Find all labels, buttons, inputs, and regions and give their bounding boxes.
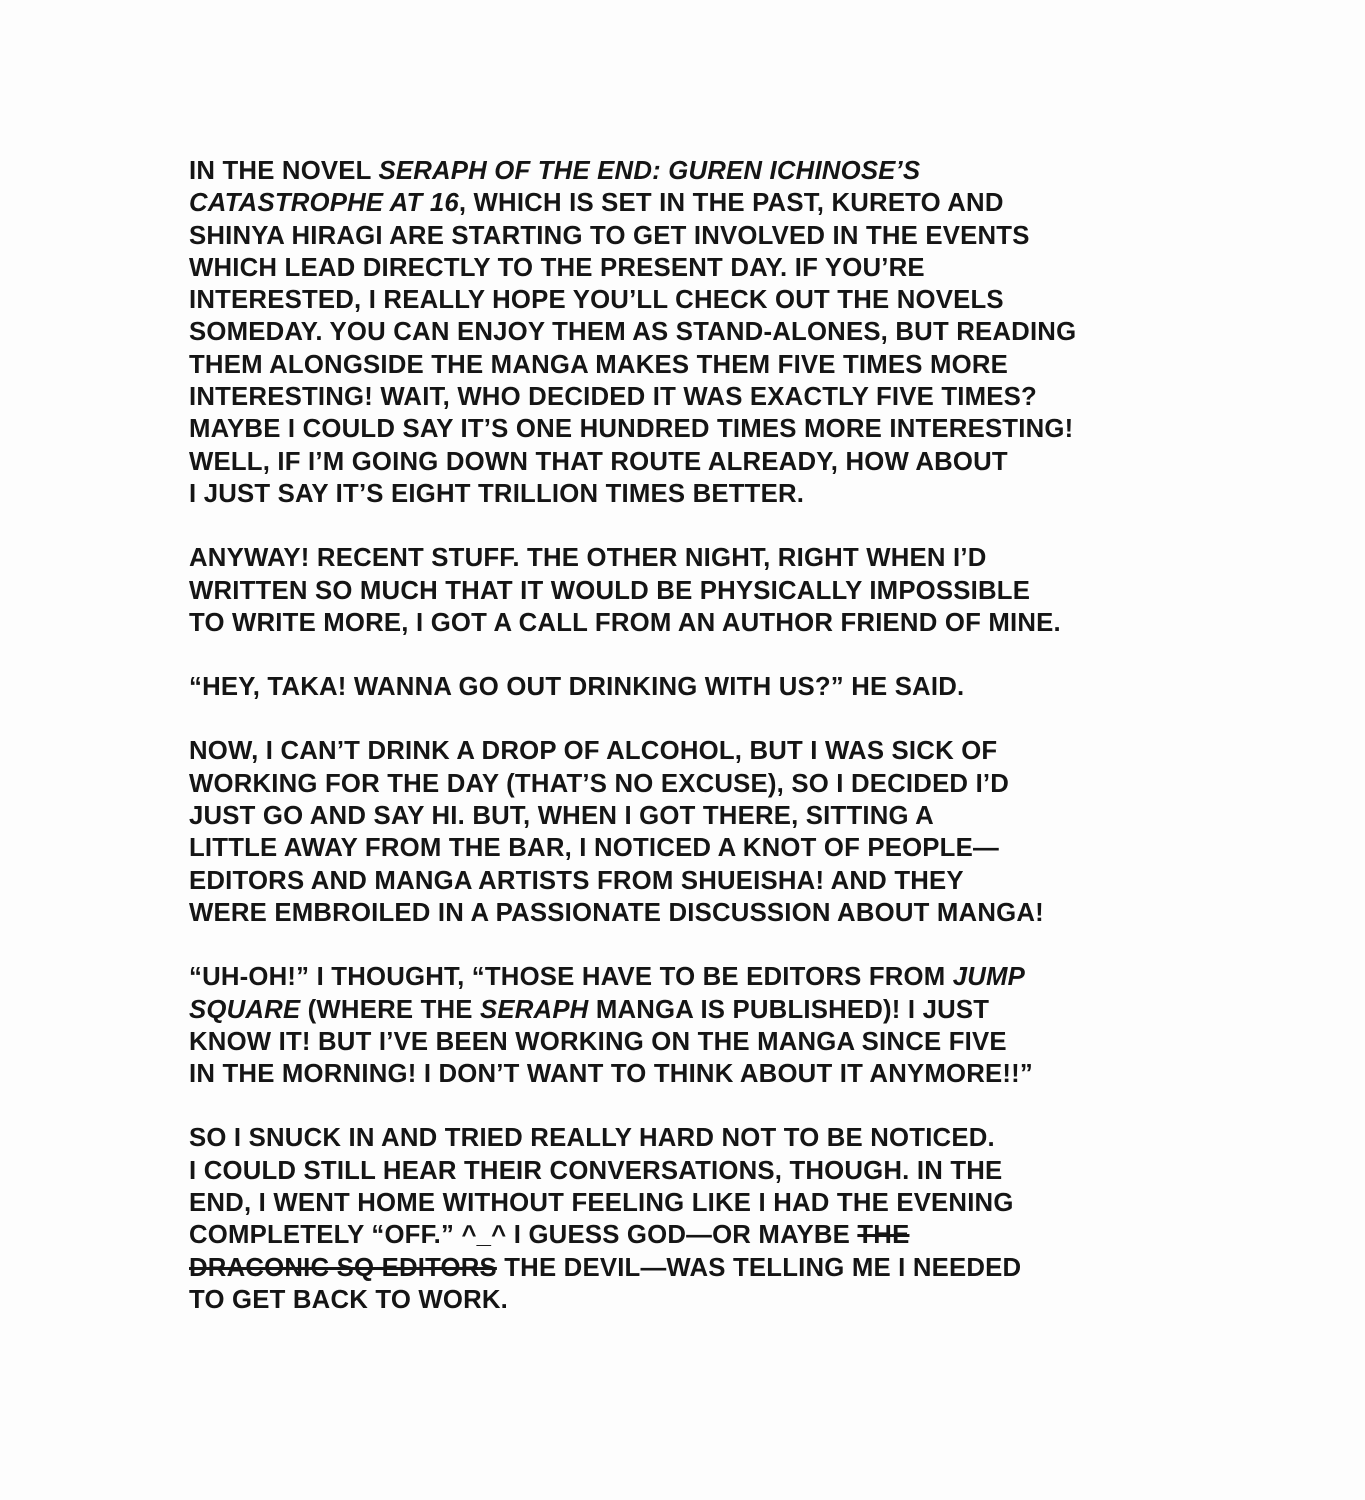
text-line: I JUST SAY IT’S EIGHT TRILLION TIMES BET… xyxy=(189,477,1253,509)
text-line: WRITTEN SO MUCH THAT IT WOULD BE PHYSICA… xyxy=(189,574,1253,606)
text-line: DRACONIC SQ EDITORS THE DEVIL—WAS TELLIN… xyxy=(189,1251,1253,1283)
text-segment: MAYBE I COULD SAY IT’S ONE HUNDRED TIMES… xyxy=(189,413,1073,443)
text-line: WELL, IF I’M GOING DOWN THAT ROUTE ALREA… xyxy=(189,445,1253,477)
text-line: MAYBE I COULD SAY IT’S ONE HUNDRED TIMES… xyxy=(189,412,1253,444)
paragraph: IN THE NOVEL SERAPH OF THE END: GUREN IC… xyxy=(189,154,1253,509)
text-line: SHINYA HIRAGI ARE STARTING TO GET INVOLV… xyxy=(189,219,1253,251)
text-line: COMPLETELY “OFF.” ^_^ I GUESS GOD—OR MAY… xyxy=(189,1218,1253,1250)
text-line: SOMEDAY. YOU CAN ENJOY THEM AS STAND-ALO… xyxy=(189,315,1253,347)
text-line: WERE EMBROILED IN A PASSIONATE DISCUSSIO… xyxy=(189,896,1253,928)
text-segment-strike: THE xyxy=(857,1219,909,1249)
text-segment: IN THE MORNING! I DON’T WANT TO THINK AB… xyxy=(189,1058,1033,1088)
paragraph: “HEY, TAKA! WANNA GO OUT DRINKING WITH U… xyxy=(189,670,1253,702)
text-segment: THEM ALONGSIDE THE MANGA MAKES THEM FIVE… xyxy=(189,349,1008,379)
manga-afterword-page: IN THE NOVEL SERAPH OF THE END: GUREN IC… xyxy=(0,0,1365,1500)
text-segment: EDITORS AND MANGA ARTISTS FROM SHUEISHA!… xyxy=(189,865,964,895)
text-line: INTERESTED, I REALLY HOPE YOU’LL CHECK O… xyxy=(189,283,1253,315)
text-line: “UH-OH!” I THOUGHT, “THOSE HAVE TO BE ED… xyxy=(189,960,1253,992)
text-segment-strike: DRACONIC SQ EDITORS xyxy=(189,1252,497,1282)
text-line: END, I WENT HOME WITHOUT FEELING LIKE I … xyxy=(189,1186,1253,1218)
text-line: “HEY, TAKA! WANNA GO OUT DRINKING WITH U… xyxy=(189,670,1253,702)
text-line: INTERESTING! WAIT, WHO DECIDED IT WAS EX… xyxy=(189,380,1253,412)
text-segment-italic: SQUARE xyxy=(189,994,300,1024)
text-segment-italic: SERAPH OF THE END: GUREN ICHINOSE’S xyxy=(378,155,920,185)
text-line: SQUARE (WHERE THE SERAPH MANGA IS PUBLIS… xyxy=(189,993,1253,1025)
text-segment: WERE EMBROILED IN A PASSIONATE DISCUSSIO… xyxy=(189,897,1044,927)
text-line: IN THE NOVEL SERAPH OF THE END: GUREN IC… xyxy=(189,154,1253,186)
text-segment: SHINYA HIRAGI ARE STARTING TO GET INVOLV… xyxy=(189,220,1030,250)
text-segment: KNOW IT! BUT I’VE BEEN WORKING ON THE MA… xyxy=(189,1026,1007,1056)
text-segment: NOW, I CAN’T DRINK A DROP OF ALCOHOL, BU… xyxy=(189,735,997,765)
text-segment: TO WRITE MORE, I GOT A CALL FROM AN AUTH… xyxy=(189,607,1061,637)
text-segment: ANYWAY! RECENT STUFF. THE OTHER NIGHT, R… xyxy=(189,542,986,572)
text-segment: END, I WENT HOME WITHOUT FEELING LIKE I … xyxy=(189,1187,1014,1217)
text-line: CATASTROPHE AT 16, WHICH IS SET IN THE P… xyxy=(189,186,1253,218)
text-segment: THE DEVIL—WAS TELLING ME I NEEDED xyxy=(497,1252,1021,1282)
text-segment: LITTLE AWAY FROM THE BAR, I NOTICED A KN… xyxy=(189,832,999,862)
text-segment: INTERESTED, I REALLY HOPE YOU’LL CHECK O… xyxy=(189,284,1004,314)
text-line: JUST GO AND SAY HI. BUT, WHEN I GOT THER… xyxy=(189,799,1253,831)
text-segment: MANGA IS PUBLISHED)! I JUST xyxy=(588,994,989,1024)
afterword-text-block: IN THE NOVEL SERAPH OF THE END: GUREN IC… xyxy=(189,154,1253,1347)
text-line: LITTLE AWAY FROM THE BAR, I NOTICED A KN… xyxy=(189,831,1253,863)
text-line: NOW, I CAN’T DRINK A DROP OF ALCOHOL, BU… xyxy=(189,734,1253,766)
text-segment: (WHERE THE xyxy=(300,994,480,1024)
text-line: I COULD STILL HEAR THEIR CONVERSATIONS, … xyxy=(189,1154,1253,1186)
text-segment: JUST GO AND SAY HI. BUT, WHEN I GOT THER… xyxy=(189,800,934,830)
text-line: IN THE MORNING! I DON’T WANT TO THINK AB… xyxy=(189,1057,1253,1089)
text-segment-italic: JUMP xyxy=(953,961,1025,991)
text-segment: I JUST SAY IT’S EIGHT TRILLION TIMES BET… xyxy=(189,478,804,508)
text-segment: WHICH LEAD DIRECTLY TO THE PRESENT DAY. … xyxy=(189,252,925,282)
paragraph: SO I SNUCK IN AND TRIED REALLY HARD NOT … xyxy=(189,1121,1253,1315)
paragraph: “UH-OH!” I THOUGHT, “THOSE HAVE TO BE ED… xyxy=(189,960,1253,1089)
text-segment: WELL, IF I’M GOING DOWN THAT ROUTE ALREA… xyxy=(189,446,1008,476)
text-line: KNOW IT! BUT I’VE BEEN WORKING ON THE MA… xyxy=(189,1025,1253,1057)
text-segment: “UH-OH!” I THOUGHT, “THOSE HAVE TO BE ED… xyxy=(189,961,953,991)
text-segment: TO GET BACK TO WORK. xyxy=(189,1284,508,1314)
text-segment-italic: CATASTROPHE AT 16 xyxy=(189,187,459,217)
text-segment: SO I SNUCK IN AND TRIED REALLY HARD NOT … xyxy=(189,1122,995,1152)
text-segment: I COULD STILL HEAR THEIR CONVERSATIONS, … xyxy=(189,1155,1002,1185)
text-segment: WRITTEN SO MUCH THAT IT WOULD BE PHYSICA… xyxy=(189,575,1030,605)
paragraph: NOW, I CAN’T DRINK A DROP OF ALCOHOL, BU… xyxy=(189,734,1253,928)
text-segment: WORKING FOR THE DAY (THAT’S NO EXCUSE), … xyxy=(189,768,1009,798)
text-segment: IN THE NOVEL xyxy=(189,155,378,185)
text-line: TO WRITE MORE, I GOT A CALL FROM AN AUTH… xyxy=(189,606,1253,638)
text-line: WHICH LEAD DIRECTLY TO THE PRESENT DAY. … xyxy=(189,251,1253,283)
text-line: EDITORS AND MANGA ARTISTS FROM SHUEISHA!… xyxy=(189,864,1253,896)
text-segment-italic: SERAPH xyxy=(480,994,588,1024)
paragraph: ANYWAY! RECENT STUFF. THE OTHER NIGHT, R… xyxy=(189,541,1253,638)
text-segment: “HEY, TAKA! WANNA GO OUT DRINKING WITH U… xyxy=(189,671,964,701)
text-line: TO GET BACK TO WORK. xyxy=(189,1283,1253,1315)
text-line: SO I SNUCK IN AND TRIED REALLY HARD NOT … xyxy=(189,1121,1253,1153)
text-segment: SOMEDAY. YOU CAN ENJOY THEM AS STAND-ALO… xyxy=(189,316,1076,346)
text-line: WORKING FOR THE DAY (THAT’S NO EXCUSE), … xyxy=(189,767,1253,799)
text-segment: COMPLETELY “OFF.” ^_^ I GUESS GOD—OR MAY… xyxy=(189,1219,857,1249)
text-segment: , WHICH IS SET IN THE PAST, KURETO AND xyxy=(459,187,1004,217)
text-line: THEM ALONGSIDE THE MANGA MAKES THEM FIVE… xyxy=(189,348,1253,380)
text-segment: INTERESTING! WAIT, WHO DECIDED IT WAS EX… xyxy=(189,381,1037,411)
text-line: ANYWAY! RECENT STUFF. THE OTHER NIGHT, R… xyxy=(189,541,1253,573)
